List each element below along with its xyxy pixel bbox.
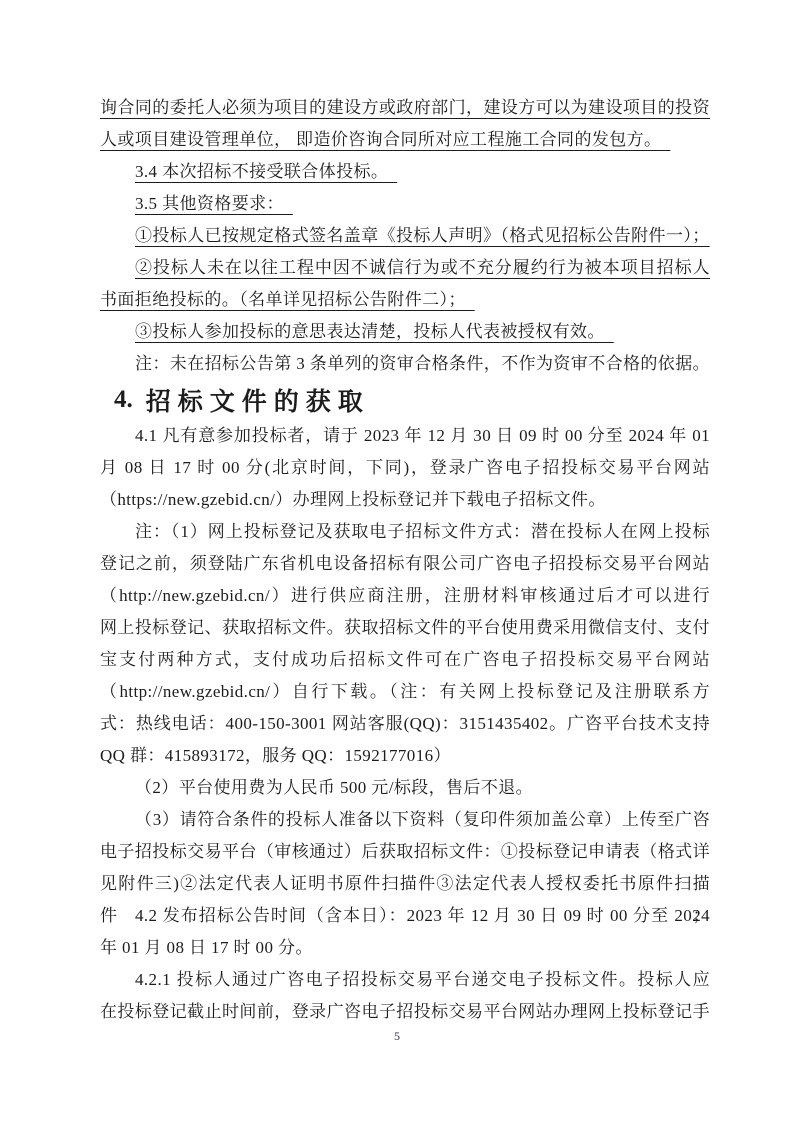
text-line: 注：未在招标公告第 3 条单列的资审合格条件，不作为资审不合格的依据。 xyxy=(100,348,710,380)
text-line: 3.4 本次招标不接受联合体投标。 xyxy=(100,156,710,188)
text-line: 电子招投标交易平台（审核通过）后获取招标文件：①投标登记申请表（格式详 xyxy=(100,836,710,868)
text-line: 人或项目建设管理单位， 即造价咨询合同所对应工程施工合同的发包方。 xyxy=(100,124,710,156)
text-line: ③投标人参加投标的意思表达清楚，投标人代表被授权有效。 xyxy=(100,316,710,348)
text-line: ①投标人已按规定格式签名盖章《投标人声明》（格式见招标公告附件一）； xyxy=(100,220,710,252)
text-line: 4.1 凡有意参加投标者，请于 2023 年 12 月 30 日 09 时 00… xyxy=(100,420,710,452)
text-line: （https://new.gzebid.cn/）办理网上投标登记并下载电子招标文… xyxy=(100,484,710,516)
text-line: 月 08 日 17 时 00 分(北京时间，下同)，登录广咨电子招投标交易平台网… xyxy=(100,452,710,484)
text-line: （3）请符合条件的投标人准备以下资料（复印件须加盖公章）上传至广咨 xyxy=(100,804,710,836)
text-line: （http://new.gzebid.cn/）自行下载。（注：有关网上投标登记及… xyxy=(100,676,710,708)
text-line: 注：（1）网上投标登记及获取电子招标文件方式：潜在投标人在网上投标 xyxy=(100,516,710,548)
text-line: QQ 群：415893172，服务 QQ：1592177016） xyxy=(100,740,710,772)
text-line: 4.2.1 投标人通过广咨电子招投标交易平台递交电子投标文件。投标人应 xyxy=(100,964,710,996)
text-line: 在投标登记截止时间前，登录广咨电子招投标交易平台网站办理网上投标登记手 xyxy=(100,996,710,1028)
text-line: 4.2 发布招标公告时间（含本日）：2023 年 12 月 30 日 09 时 … xyxy=(100,900,710,932)
document-page: 询合同的委托人必须为项目的建设方或政府部门，建设方可以为建设项目的投资 人或项目… xyxy=(0,0,794,1123)
text-line: ②投标人未在以往工程中因不诚信行为或不充分履约行为被本项目招标人 xyxy=(100,252,710,284)
text-line: 网上投标登记、获取招标文件。获取招标文件的平台使用费采用微信支付、支付 xyxy=(100,612,710,644)
text-line: 见附件三)②法定代表人证明书原件扫描件③法定代表人授权委托书原件扫描件； xyxy=(100,868,710,900)
text-line: 询合同的委托人必须为项目的建设方或政府部门，建设方可以为建设项目的投资 xyxy=(100,92,710,124)
text-line: 3.5 其他资格要求： xyxy=(100,188,710,220)
page-number: 5 xyxy=(0,1027,794,1045)
text-line: 书面拒绝投标的。（名单详见招标公告附件二）； xyxy=(100,284,710,316)
text-line: 年 01 月 08 日 17 时 00 分。 xyxy=(100,932,710,964)
text-line: 式：热线电话：400-150-3001 网站客服(QQ)：3151435402。… xyxy=(100,708,710,740)
section-heading: 4. 招标文件的获取 xyxy=(100,380,710,420)
text-line: 登记之前，须登陆广东省机电设备招标有限公司广咨电子招投标交易平台网站 xyxy=(100,548,710,580)
section-heading-number: 4. xyxy=(114,386,133,414)
text-line: （http://new.gzebid.cn/）进行供应商注册，注册材料审核通过后… xyxy=(100,580,710,612)
document-body: 询合同的委托人必须为项目的建设方或政府部门，建设方可以为建设项目的投资 人或项目… xyxy=(100,92,710,1028)
section-heading-title: 招标文件的获取 xyxy=(146,382,370,418)
text-line: （2）平台使用费为人民币 500 元/标段，售后不退。 xyxy=(100,772,710,804)
text-line: 宝支付两种方式，支付成功后招标文件可在广咨电子招投标交易平台网站 xyxy=(100,644,710,676)
